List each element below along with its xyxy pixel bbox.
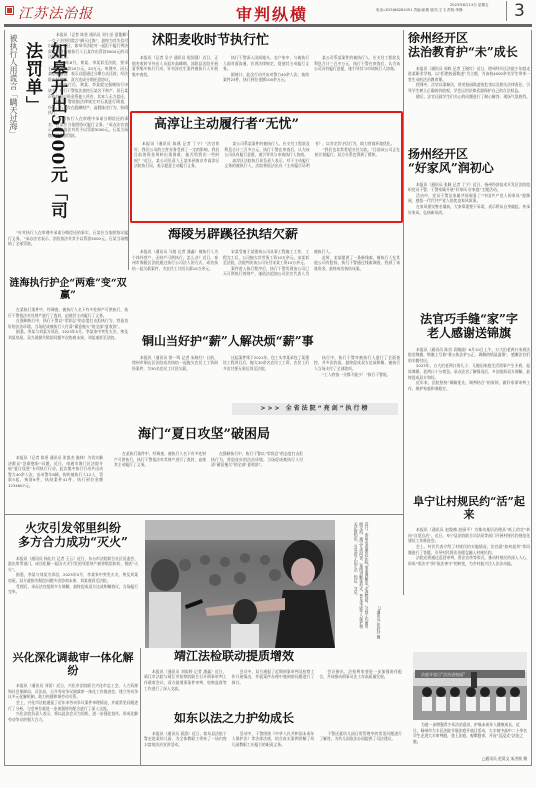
article-headline-line2: 老人感谢送锦旗	[408, 327, 530, 341]
article-xinghua: 兴化深化调裁审一体化解纷 本报讯（通讯员 刘雷）近日，兴化市法院联合兴化市总工会…	[8, 648, 138, 763]
article-body: 本报讯（通讯员 杨礼红 记者 王云）近日，东台市法院联合社区居委会、派出所等部门…	[8, 556, 138, 636]
article-headline: 如东以法之力护幼成长	[174, 712, 402, 726]
article-judge: 法官巧手缝“家”字 老人感谢送锦旗 本报讯（通讯员 陈功 袁翰迪）6月10日上午…	[408, 295, 530, 480]
article-headline: 靖江法检联动提质增效	[174, 650, 402, 664]
article-headline: 海陵另辟蹊径执结欠薪	[168, 228, 400, 243]
page-border-right	[531, 30, 532, 765]
section-title: 审判纵横	[236, 2, 308, 25]
section-divider	[4, 514, 404, 515]
article-xuzhou: 徐州经开区 法治教育护“未”成长 本报讯（通讯员 周辉 记者 王晓红）近日，徐州…	[408, 32, 530, 147]
article-jingjiang: 靖江法检联动提质增效 本报讯（通讯员 刘雨婷 记者 潘鑫）近日，靖江市法院与靖江…	[144, 650, 402, 710]
article-body: 本报讯（通讯员 刘雨婷 记者 潘鑫）近日，靖江市法院与靖江市检察院联合召开刑事审…	[144, 669, 402, 710]
article-rugao-continued: “针对执行人在审理中承诺分期偿还的事实，石某应当依照协议履行义务。”承办法官表示…	[8, 230, 128, 270]
article-haimen: 海门“夏日攻坚”破困局 在某执行案件中，经调查，被执行人名下有多处财产可供执行，…	[104, 418, 400, 513]
article-headline: 海门“夏日攻坚”破困局	[138, 428, 400, 443]
article-headline-line2: “好家风”润初心	[408, 162, 530, 176]
photo-credit: □通讯员 张玲玲 摄	[374, 605, 382, 645]
masthead: 江苏法治报 审判纵横 2023年6月13日 星期五 电话:(025)862810…	[0, 0, 536, 22]
paper-logo: 江苏法治报	[18, 3, 93, 23]
article-body: 本报讯（通讯员 赵俊楠 赵丽平）为推动基层治理从“纸上约定”转向“自觉自治”，近…	[408, 527, 530, 652]
section-banner: >>> 全省法院“亮剑”执行榜	[232, 403, 398, 415]
page-border-bottom	[4, 765, 532, 766]
article-headline: 铜山当好护“薪”人解决烦“薪”事	[142, 335, 400, 349]
editor-credits: 电话:(025)86281051 责编:崔敏 版式:王飞 责校:李静	[376, 8, 463, 13]
photo-caption-vertical: 近日，泰州市姜堰区法院“家事调解室”走进校园，与孩子们面对面交流，通过互动问答、…	[340, 522, 370, 632]
logo-square-icon	[6, 7, 13, 14]
article-body: 本报讯（通讯员 陈燕 记者 丁宁）“法官你好，我们公司的主营业务受到了一定的影响…	[134, 141, 400, 219]
column-divider	[140, 648, 141, 765]
article-tongshan: 铜山当好护“薪”人解决烦“薪”事 本报讯（通讯员 徐一鸣 记者 朱晓红）日前，徐…	[132, 335, 400, 403]
article-yangzhou: 扬州经开区 “好家风”润初心 本报讯（通讯员 张颖 记者 丁宁）近日，扬州经济技…	[408, 148, 530, 293]
article-headline-line2: 多方合力成功“灭火”	[8, 536, 138, 550]
article-headline: 阜宁让村规民约“活”起来	[408, 496, 530, 521]
article-body: 在某执行案件中，经调查，被执行人名下有多处财产可供执行，执行干警依法对其财产进行…	[114, 451, 400, 499]
article-headline: 沭阳麦收时节执行忙	[152, 34, 400, 49]
article-body: 本报讯（通讯员 徐一鸣 记者 朱晓红）日前，徐州市铜山区法院成功执结一起拖欠农民…	[132, 355, 400, 403]
article-gaochun[interactable]: 高淳让主动履行者“无忧” 本报讯（通讯员 陈燕 记者 丁宁）“法官你好，我们公司…	[134, 114, 400, 220]
article-body: 本报讯（通讯员 张颖 记者 丁宁）近日，扬州经济技术开发区法院组织党员干警、干警…	[408, 182, 530, 282]
column-divider	[403, 30, 404, 595]
article-fire: 火灾引发邻里纠纷 多方合力成功“灭火” 本报讯（通讯员 杨礼红 记者 王云）近日…	[8, 518, 138, 643]
article-kicker: 被执行人用谎言「瞒天过海」	[8, 34, 19, 224]
article-lianshui: 涟海执行护企“两难”变“双赢” 在某执行案件中，经调查，被执行人名下有多处财产可…	[8, 272, 128, 422]
article-headline-line1: 徐州经开区	[408, 32, 530, 46]
article-rudong: 如东以法之力护幼成长 本报讯（通讯员 嘉游）近日，如东县法院干警走进某幼儿园，为…	[144, 712, 402, 764]
court-banner-text: 法庭开放日“法治进校园”	[421, 671, 465, 677]
article-headline: 高淳让主动履行者“无忧”	[154, 118, 400, 133]
article-headline-line1: 火灾引发邻里纠纷	[8, 522, 138, 536]
article-headline: 涟海执行护企“两难”变“双赢”	[8, 278, 128, 301]
page-border-left	[4, 30, 5, 765]
article-body: 本报讯（通讯员 嘉游）近日，如东县法院干警走进某幼儿园，为全体教职工带来了一场内…	[144, 731, 402, 763]
photo-illustration	[145, 520, 335, 648]
masthead-rule	[4, 24, 532, 27]
article-rugao: 被执行人用谎言「瞒天过海」 如皋开出5000元「司法罚单」 本报讯（记者 陈坚 …	[6, 30, 128, 230]
article-body: 本报讯（通讯员 马骏 记者 潘鑫）被执行人为个体经营户，无财产可供执行，怎么办？…	[132, 249, 400, 321]
article-body: 在某执行案件中，经调查，被执行人名下有多处财产可供执行，执行干警依法对其财产进行…	[8, 307, 128, 422]
photo-court-open-day: 法庭开放日“法治进校园”	[413, 652, 527, 720]
article-body: 本报讯（记者 陈坚 通讯员 刘小芝 夏俊卿）一女子企图用谎言“瞒天过海”，最终为…	[48, 32, 128, 228]
article-body: 本报讯（通讯员 刘雷）近日，兴化市法院联合兴化市总工会、人力资源和社会保障局、司…	[8, 683, 138, 763]
article-hailing: 海陵另辟蹊径执结欠薪 本报讯（通讯员 马骏 记者 潘鑫）被执行人为个体经营户，无…	[132, 228, 400, 323]
article-body: 本报讯（通讯员 周辉 记者 王晓红）近日，徐州经开区法院少年庭走进某职业学校，以…	[408, 66, 530, 138]
article-body: 本报讯（通讯员 陈功 袁翰迪）6月10日上午，万大伯老两口来到法院送锦旗，锦旗上…	[408, 347, 530, 480]
photo-illustration: 法庭开放日“法治进校园”	[413, 652, 527, 720]
article-headline-line1: 扬州经开区	[408, 148, 530, 162]
newspaper-page: 江苏法治报 审判纵横 2023年6月13日 星期五 电话:(025)862810…	[0, 0, 536, 788]
column-divider	[128, 30, 129, 270]
article-funing: 阜宁让村规民约“活”起来 本报讯（通讯员 赵俊楠 赵丽平）为推动基层治理从“纸上…	[408, 482, 530, 652]
article-headline-line1: 法官巧手缝“家”字	[408, 313, 530, 327]
page-number: 3	[506, 1, 525, 21]
article-headline-line2: 法治教育护“未”成长	[408, 46, 530, 60]
photo-school-visit	[145, 520, 335, 648]
photo-credit: □通讯员 范爱文 朱洪波 摄	[455, 756, 527, 762]
article-headline: 兴化深化调裁审一体化解纷	[8, 652, 138, 677]
article-haimen-brief: 本报讯（记者 陈坚 通讯员 张凯杰 施林）为切实解决群众“急难愁盼”问题，近日，…	[8, 455, 103, 515]
